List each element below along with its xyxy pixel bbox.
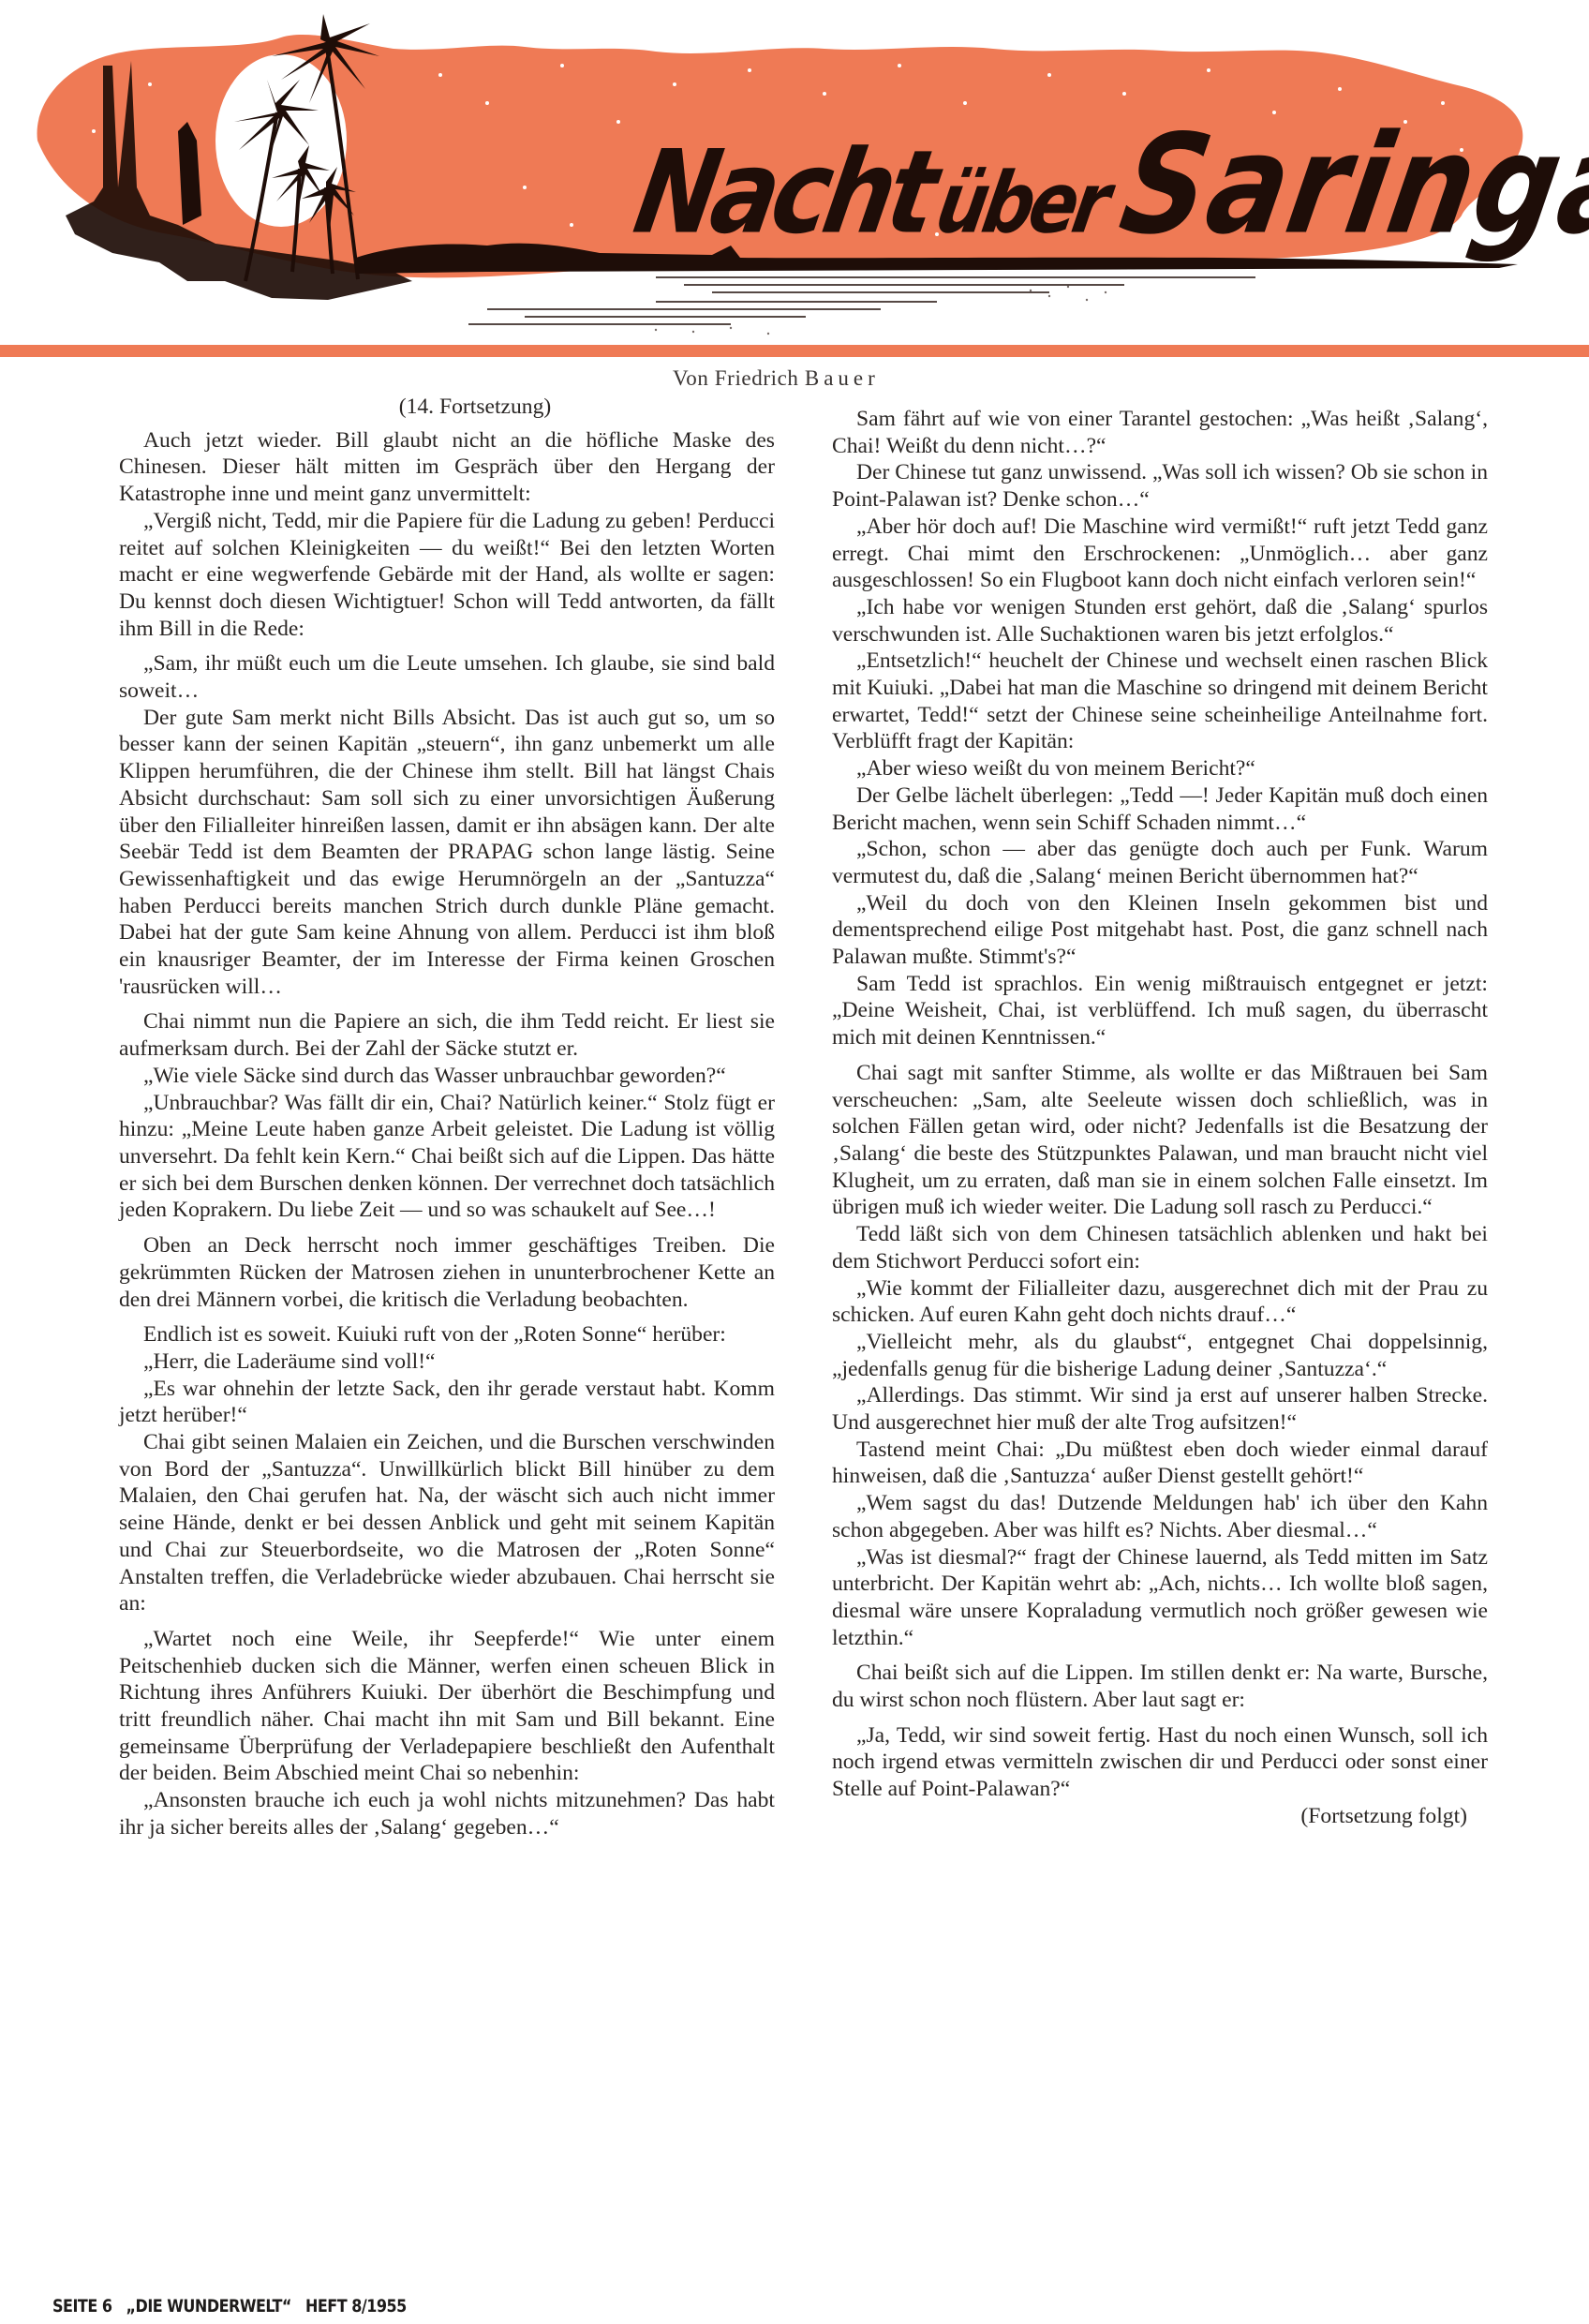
- installment-subtitle: (14. Fortsetzung): [175, 394, 775, 421]
- paragraph: Sam fährt auf wie von einer Tarantel ges…: [832, 406, 1488, 459]
- paragraph: Chai nimmt nun die Papiere an sich, die …: [119, 1008, 775, 1062]
- paragraph: „Weil du doch von den Kleinen Inseln gek…: [832, 890, 1488, 971]
- continuation-note: (Fortsetzung folgt): [1300, 1803, 1467, 1830]
- paragraph: „Ansonsten brauche ich euch ja wohl nich…: [119, 1787, 775, 1840]
- paragraph: „Vielleicht mehr, als du glaubst“, entge…: [832, 1329, 1488, 1382]
- paragraph: Tedd läßt sich von dem Chinesen tatsächl…: [832, 1221, 1488, 1274]
- paragraph: „Wartet noch eine Weile, ihr Seepferde!“…: [119, 1626, 775, 1787]
- issue-number: HEFT 8/1955: [305, 2296, 407, 2317]
- magazine-name: „DIE WUNDERWELT“: [126, 2296, 291, 2317]
- paragraph: Oben an Deck herrscht noch immer geschäf…: [119, 1232, 775, 1313]
- paragraph: „Entsetzlich!“ heuchelt der Chinese und …: [832, 648, 1488, 755]
- text-column-left: (14. Fortsetzung) Auch jetzt wieder. Bil…: [119, 394, 775, 1841]
- paragraph: „Wie viele Säcke sind durch das Wasser u…: [119, 1063, 775, 1090]
- paragraph: Chai gibt seinen Malaien ein Zeichen, un…: [119, 1429, 775, 1617]
- paragraph: „Vergiß nicht, Tedd, mir die Papiere für…: [119, 508, 775, 643]
- author-name: Bauer: [805, 366, 880, 390]
- page-footer: SEITE 6 „DIE WUNDERWELT“ HEFT 8/1955: [52, 2296, 416, 2317]
- text-column-right: Sam fährt auf wie von einer Tarantel ges…: [832, 406, 1488, 1830]
- header-illustration: NachtüberSaringa: [0, 0, 1589, 337]
- paragraph: „Was ist diesmal?“ fragt der Chinese lau…: [832, 1544, 1488, 1652]
- paragraph: Endlich ist es soweit. Kuiuki ruft von d…: [119, 1321, 775, 1348]
- paragraph: „Ja, Tedd, wir sind soweit fertig. Hast …: [832, 1722, 1488, 1803]
- paragraph: „Es war ohnehin der letzte Sack, den ihr…: [119, 1376, 775, 1429]
- paragraph: „Wie kommt der Filialleiter dazu, ausger…: [832, 1275, 1488, 1329]
- paragraph: „Wem sagst du das! Dutzende Meldungen ha…: [832, 1490, 1488, 1543]
- paragraph: „Sam, ihr müßt euch um die Leute umsehen…: [119, 650, 775, 704]
- header-divider-rule: [0, 345, 1589, 357]
- paragraph: Chai sagt mit sanfter Stimme, als wollte…: [832, 1060, 1488, 1221]
- paragraph: „Aber hör doch auf! Die Maschine wird ve…: [832, 514, 1488, 594]
- paragraph: „Herr, die Laderäume sind voll!“: [119, 1348, 775, 1376]
- paragraph: „Unbrauchbar? Was fällt dir ein, Chai? N…: [119, 1090, 775, 1225]
- byline: Von Friedrich Bauer: [673, 366, 880, 391]
- paragraph: „Allerdings. Das stimmt. Wir sind ja ers…: [832, 1382, 1488, 1436]
- page-number: SEITE 6: [52, 2296, 111, 2317]
- paragraph: Der gute Sam merkt nicht Bills Absicht. …: [119, 705, 775, 1001]
- paragraph: Tastend meint Chai: „Du müßtest eben doc…: [832, 1437, 1488, 1490]
- paragraph: Der Chinese tut ganz unwissend. „Was sol…: [832, 459, 1488, 513]
- story-title: NachtüberSaringa: [623, 97, 1497, 275]
- paragraph: Sam Tedd ist sprachlos. Ein wenig mißtra…: [832, 971, 1488, 1051]
- paragraph: „Schon, schon — aber das genügte doch au…: [832, 836, 1488, 889]
- paragraph: Chai beißt sich auf die Lippen. Im still…: [832, 1660, 1488, 1713]
- paragraph: „Aber wieso weißt du von meinem Bericht?…: [832, 755, 1488, 782]
- paragraph: Auch jetzt wieder. Bill glaubt nicht an …: [119, 427, 775, 508]
- paragraph: Der Gelbe lächelt überlegen: „Tedd —! Je…: [832, 782, 1488, 836]
- paragraph: „Ich habe vor wenigen Stunden erst gehör…: [832, 594, 1488, 648]
